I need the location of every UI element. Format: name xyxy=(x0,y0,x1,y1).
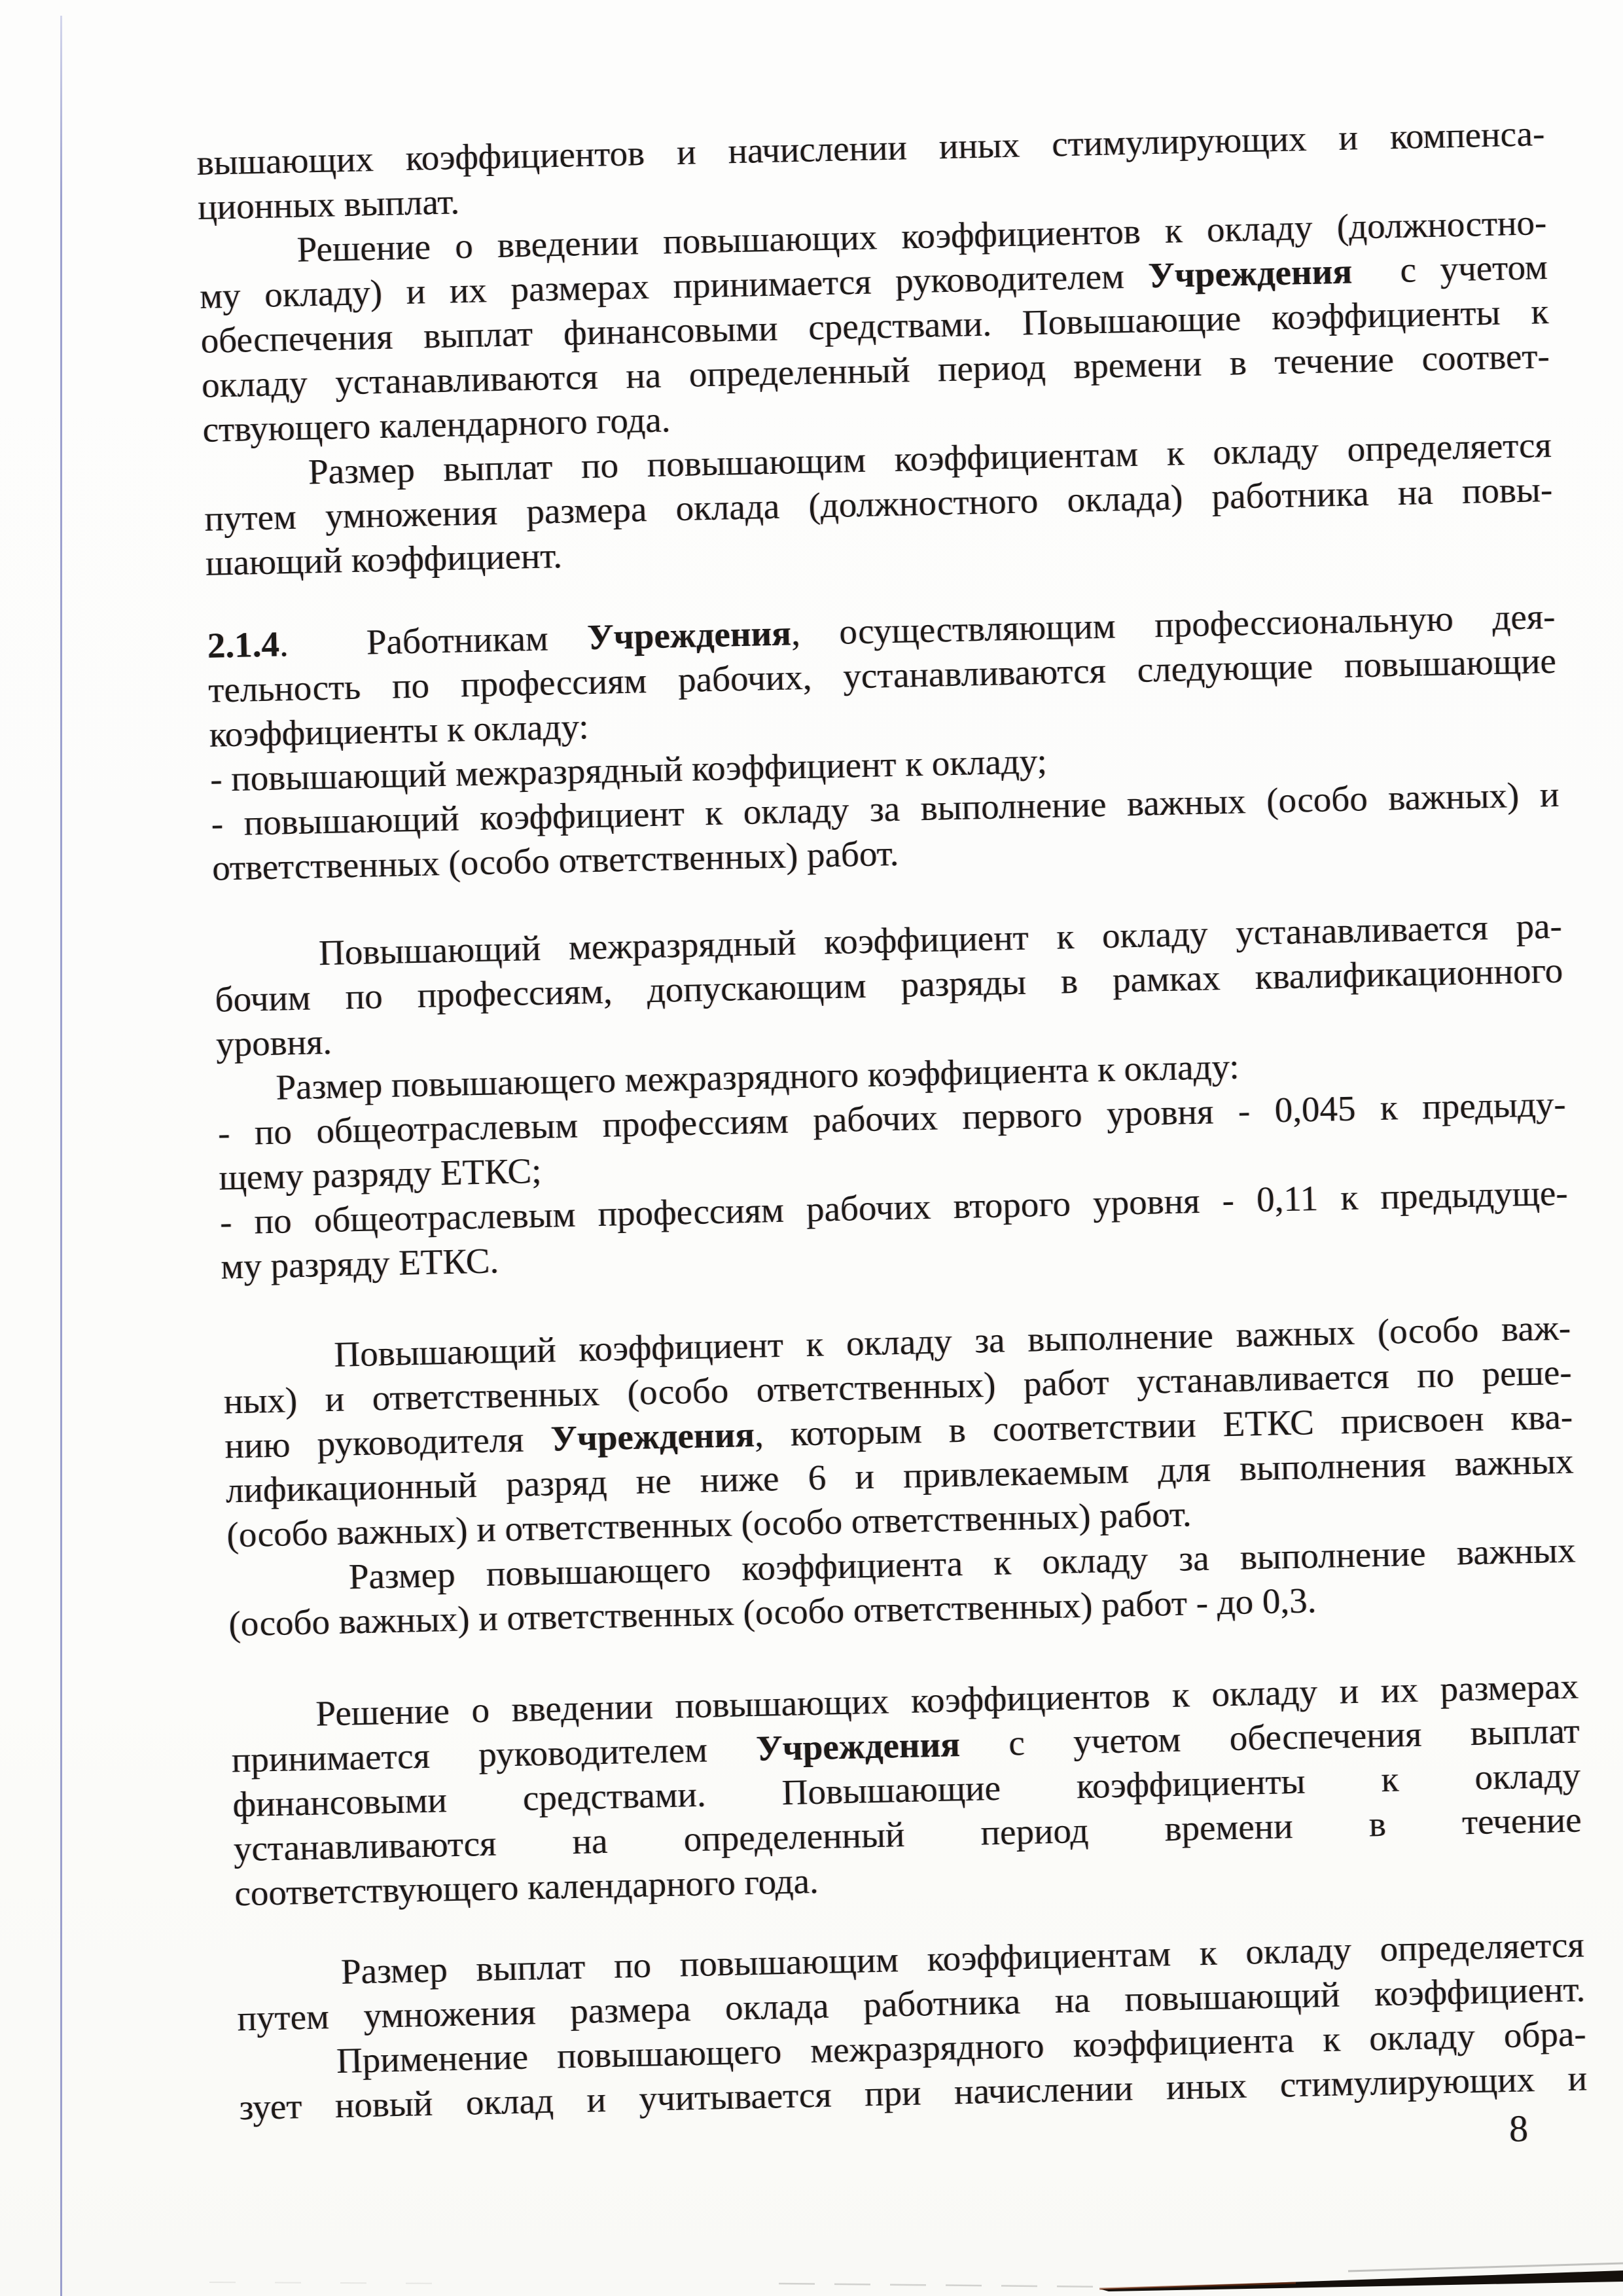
text-segment: коэффициенты к окладу: xyxy=(209,706,589,755)
text-segment: с учетом xyxy=(1351,247,1548,291)
text-segment: нию руководителя xyxy=(224,1419,551,1466)
bold-text-segment: Учреждения xyxy=(587,613,792,657)
bold-text-segment: Учреждения xyxy=(550,1414,755,1459)
text-segment: . Работникам xyxy=(279,617,588,664)
text-segment: му разряду ЕТКС. xyxy=(221,1240,499,1286)
scanned-document-page: { "page": { "number": "8", "colors": { "… xyxy=(0,0,1623,2296)
text-block: вышающих коэффициентов и начислении иных… xyxy=(196,111,1588,2130)
page-number: 8 xyxy=(1508,2106,1568,2151)
bold-text-segment: Учреждения xyxy=(1148,251,1353,296)
text-segment: ствующего календарного года. xyxy=(202,399,671,450)
bold-text-segment: 2.1.4 xyxy=(207,624,279,665)
left-scanner-line-artifact xyxy=(60,16,62,2296)
bold-text-segment: Учреждения xyxy=(756,1724,961,1768)
text-segment: ционных выплат. xyxy=(198,181,460,227)
text-segment: щему разряду ЕТКС; xyxy=(219,1151,542,1198)
text-segment: уровня. xyxy=(215,1022,332,1064)
text-segment: шающий коэффициент. xyxy=(205,535,562,583)
